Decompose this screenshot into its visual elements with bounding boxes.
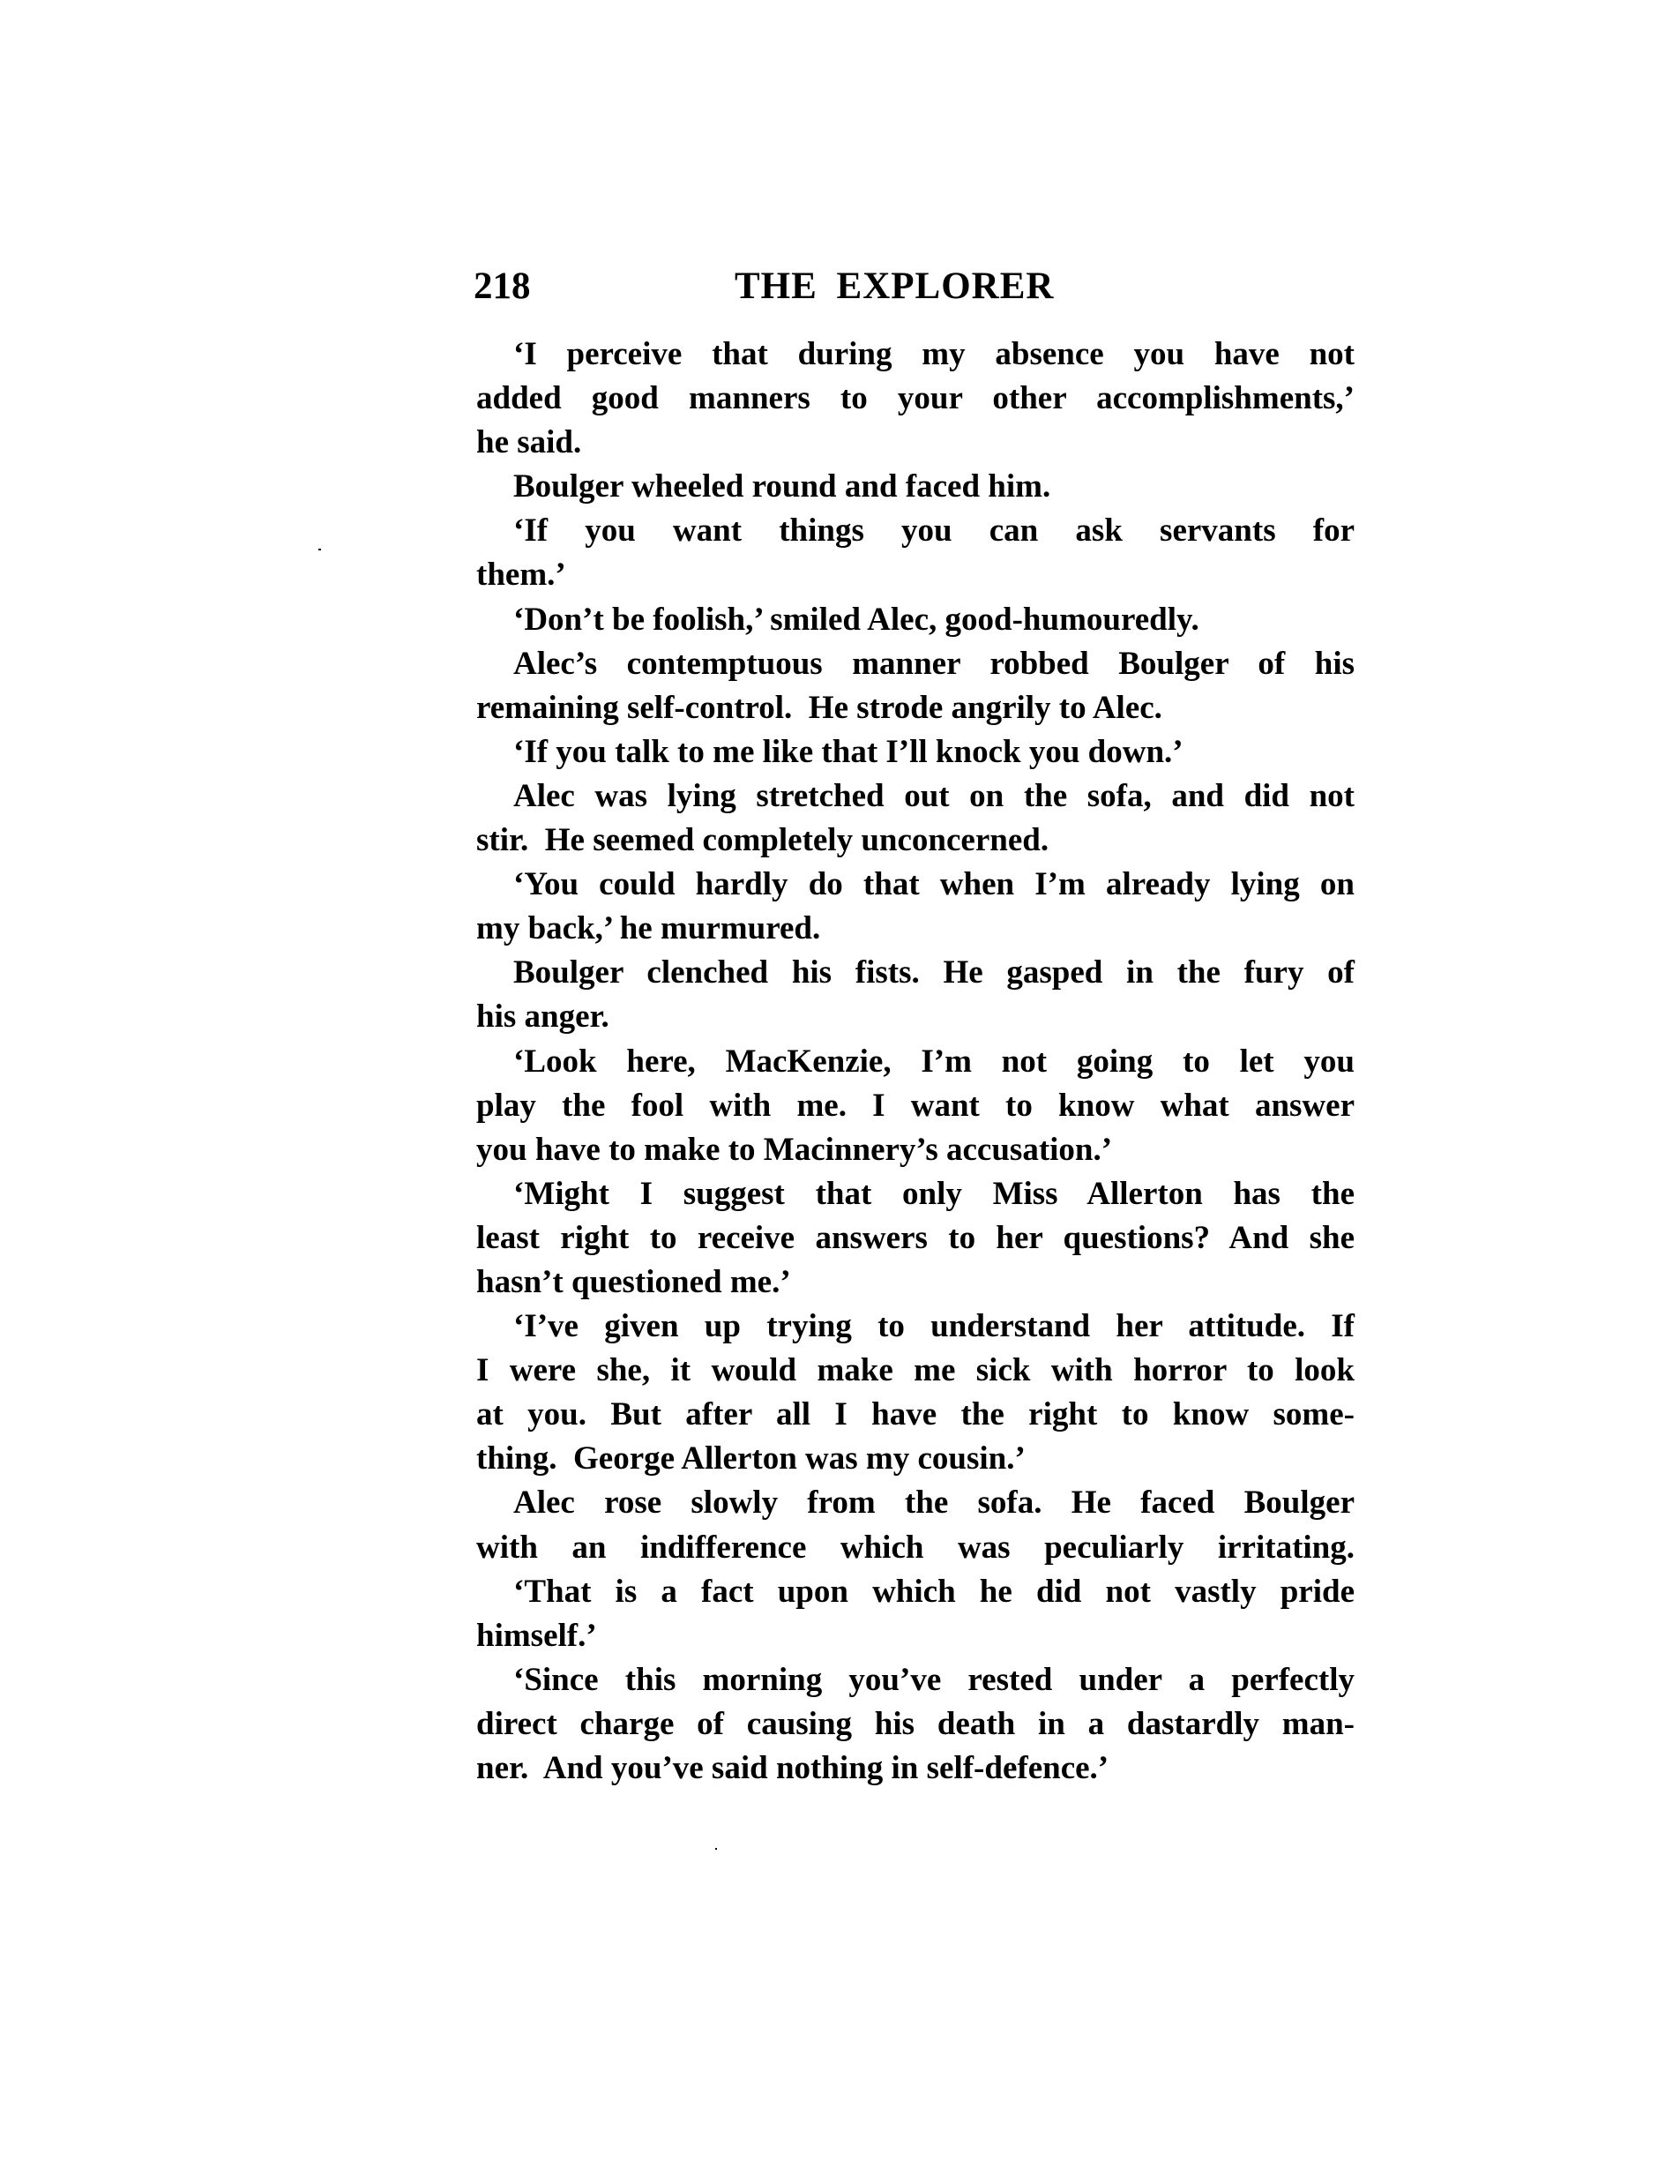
text-line: added good manners to your other accompl… [476, 377, 1355, 421]
text-line: play the fool with me. I want to know wh… [476, 1084, 1355, 1128]
text-line: his anger. [476, 995, 1355, 1039]
text-line: thing. George Allerton was my cousin.’ [476, 1437, 1355, 1481]
text-line: with an indifference which was peculiarl… [476, 1526, 1355, 1570]
running-head: 218 THE EXPLORER [474, 265, 1355, 309]
text-line: I were she, it would make me sick with h… [476, 1349, 1355, 1393]
book-page: 218 THE EXPLORER ‘I perceive that during… [0, 0, 1680, 2184]
text-line: ‘Since this morning you’ve rested under … [476, 1658, 1355, 1702]
text-line: he said. [476, 421, 1355, 465]
text-line: you have to make to Macinnery’s accusati… [476, 1128, 1355, 1172]
scan-speck [318, 549, 321, 550]
text-line: my back,’ he murmured. [476, 907, 1355, 951]
text-line: ‘I’ve given up trying to understand her … [476, 1305, 1355, 1349]
text-line: direct charge of causing his death in a … [476, 1702, 1355, 1746]
text-line: Alec rose slowly from the sofa. He faced… [476, 1481, 1355, 1525]
text-line: ‘You could hardly do that when I’m alrea… [476, 863, 1355, 907]
text-line: Boulger clenched his fists. He gasped in… [476, 951, 1355, 995]
text-line: them.’ [476, 553, 1355, 597]
text-line: ‘If you talk to me like that I’ll knock … [476, 730, 1355, 774]
running-title: THE EXPLORER [735, 265, 1054, 309]
text-line: ‘Look here, MacKenzie, I’m not going to … [476, 1040, 1355, 1084]
text-line: stir. He seemed completely unconcerned. [476, 819, 1355, 863]
text-line: Boulger wheeled round and faced him. [476, 465, 1355, 509]
text-line: ‘Might I suggest that only Miss Allerton… [476, 1172, 1355, 1216]
text-line: remaining self-control. He strode angril… [476, 686, 1355, 730]
text-line: ‘If you want things you can ask servants… [476, 509, 1355, 553]
text-line: hasn’t questioned me.’ [476, 1260, 1355, 1305]
text-line: least right to receive answers to her qu… [476, 1216, 1355, 1260]
text-line: ‘Don’t be foolish,’ smiled Alec, good-hu… [476, 598, 1355, 642]
text-line: ‘I perceive that during my absence you h… [476, 333, 1355, 377]
text-line: ‘That is a fact upon which he did not va… [476, 1570, 1355, 1614]
text-line: ner. And you’ve said nothing in self-def… [476, 1746, 1355, 1791]
text-line: Alec was lying stretched out on the sofa… [476, 774, 1355, 819]
text-line: Alec’s contemptuous manner robbed Boulge… [476, 642, 1355, 686]
text-line: at you. But after all I have the right t… [476, 1393, 1355, 1437]
body-text: ‘I perceive that during my absence you h… [476, 333, 1355, 1791]
text-line: himself.’ [476, 1614, 1355, 1658]
scan-speck [715, 1848, 717, 1850]
page-number: 218 [474, 265, 531, 309]
